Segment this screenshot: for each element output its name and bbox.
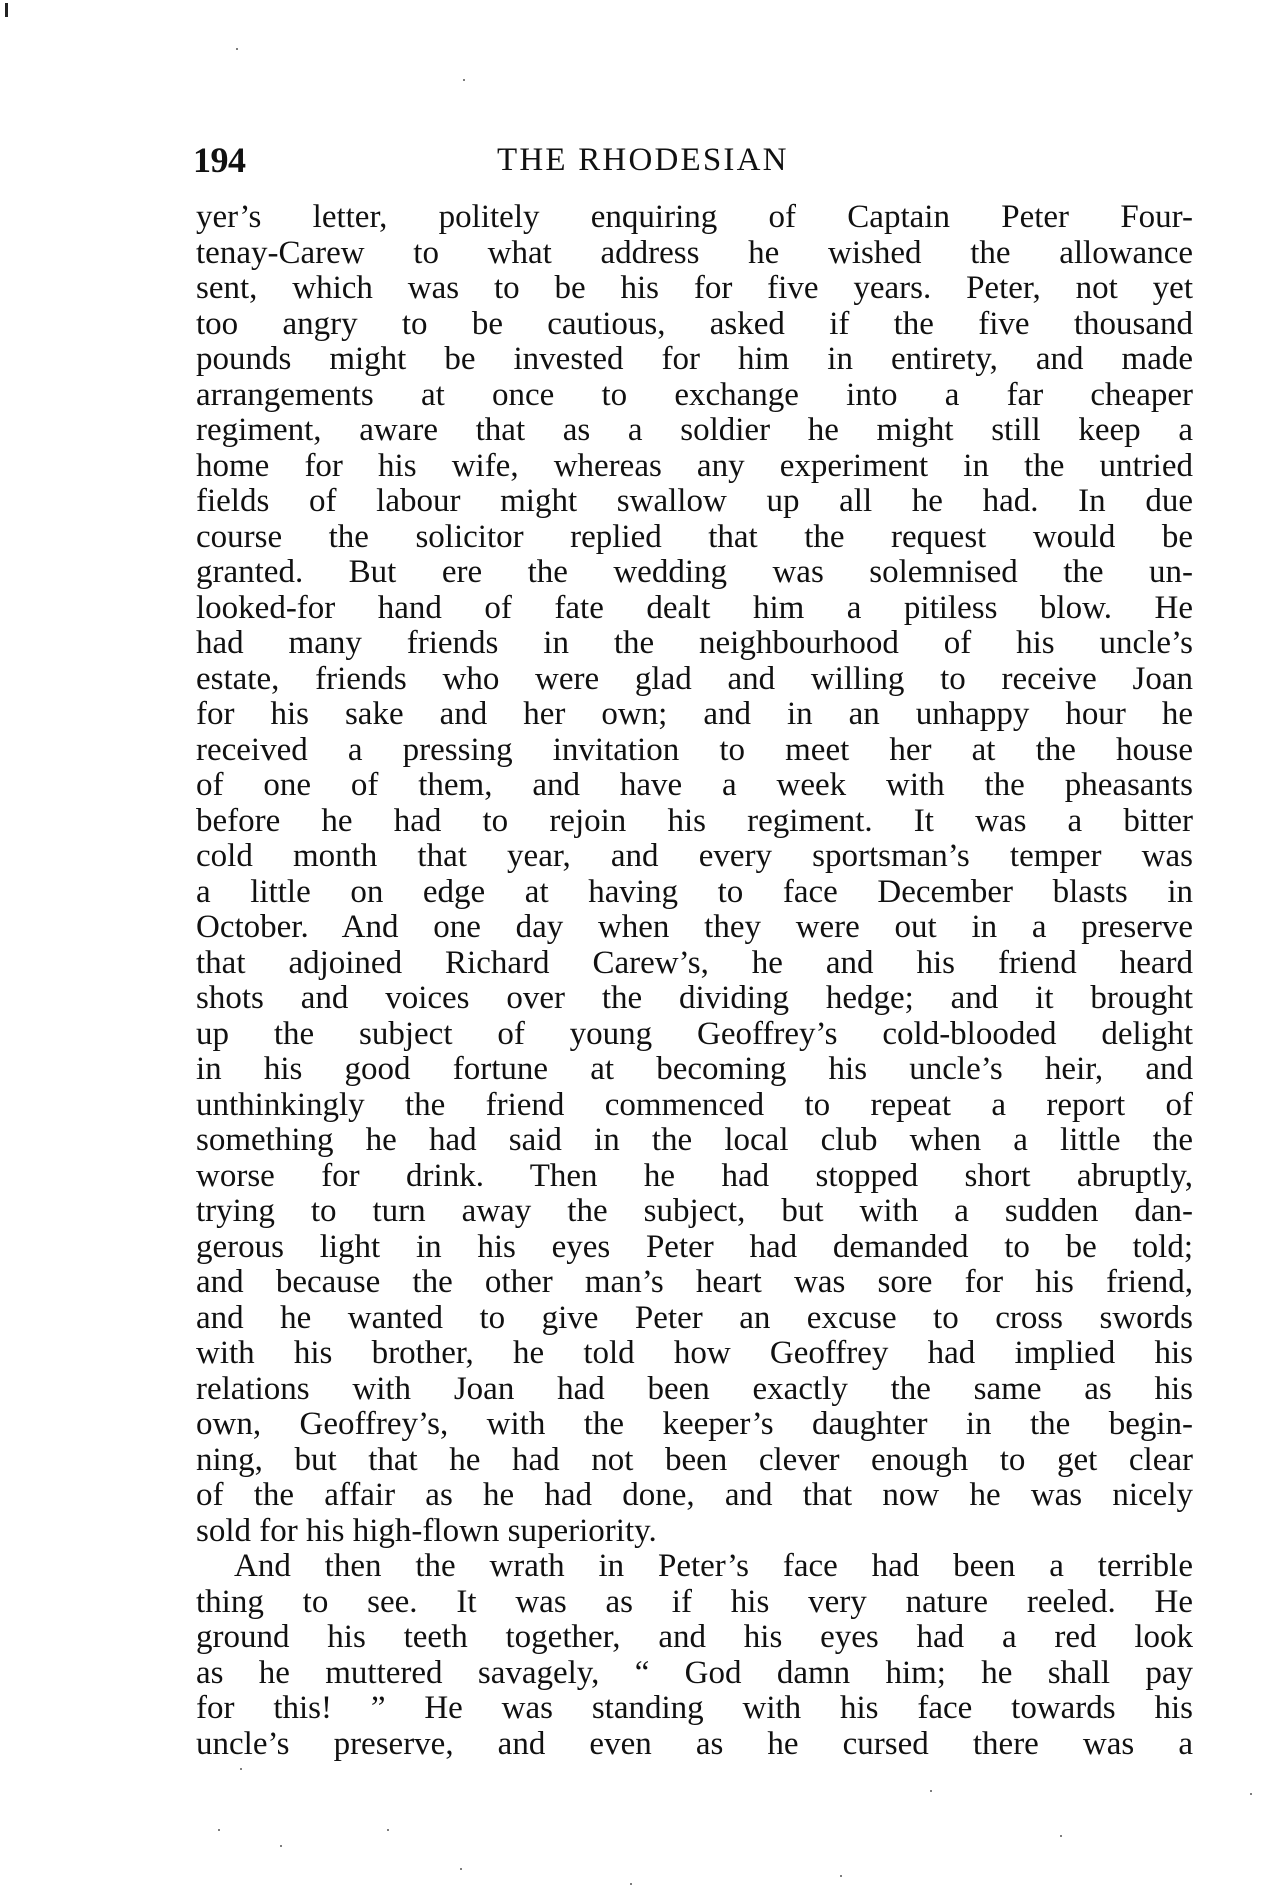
scan-speck: [1250, 1793, 1252, 1795]
text-line: up the subject of young Geoffrey’s cold-…: [196, 1017, 1193, 1053]
scanned-book-page: 194 THE RHODESIAN yer’s letter, politely…: [0, 0, 1275, 1897]
scan-speck: [460, 1868, 462, 1870]
text-line: fields of labour might swallow up all he…: [196, 484, 1193, 520]
scan-speck: [930, 1790, 932, 1792]
text-line: as he muttered savagely, “ God damn him;…: [196, 1656, 1193, 1692]
scan-speck: [463, 79, 465, 81]
paragraph-end-line: sold for his high-flown superiority.: [196, 1514, 1193, 1550]
scan-speck: [218, 1829, 220, 1831]
paragraph-start-line: And then the wrath in Peter’s face had b…: [196, 1549, 1193, 1585]
text-line: and because the other man’s heart was so…: [196, 1265, 1193, 1301]
text-line: yer’s letter, politely enquiring of Capt…: [196, 200, 1193, 236]
body-text: yer’s letter, politely enquiring of Capt…: [196, 200, 1193, 1762]
page-number: 194: [193, 138, 246, 182]
text-line: October. And one day when they were out …: [196, 910, 1193, 946]
text-line: sent, which was to be his for five years…: [196, 271, 1193, 307]
running-title: THE RHODESIAN: [497, 138, 789, 182]
scan-speck: [387, 1829, 389, 1831]
text-line: and he wanted to give Peter an excuse to…: [196, 1301, 1193, 1337]
text-line: tenay-Carew to what address he wished th…: [196, 236, 1193, 272]
text-line: for his sake and her own; and in an unha…: [196, 697, 1193, 733]
text-line: regiment, aware that as a soldier he mig…: [196, 413, 1193, 449]
text-line: before he had to rejoin his regiment. It…: [196, 804, 1193, 840]
text-line: relations with Joan had been exactly the…: [196, 1372, 1193, 1408]
text-line: received a pressing invitation to meet h…: [196, 733, 1193, 769]
text-line: with his brother, he told how Geoffrey h…: [196, 1336, 1193, 1372]
text-line: uncle’s preserve, and even as he cursed …: [196, 1727, 1193, 1763]
scan-speck: [1060, 1835, 1062, 1837]
text-line: estate, friends who were glad and willin…: [196, 662, 1193, 698]
text-line: of the affair as he had done, and that n…: [196, 1478, 1193, 1514]
scan-speck: [630, 1883, 632, 1885]
text-line: own, Geoffrey’s, with the keeper’s daugh…: [196, 1407, 1193, 1443]
text-line: ning, but that he had not been clever en…: [196, 1443, 1193, 1479]
scan-speck: [840, 1875, 842, 1877]
scan-speck: [236, 48, 238, 50]
text-line: in his good fortune at becoming his uncl…: [196, 1052, 1193, 1088]
text-line: gerous light in his eyes Peter had deman…: [196, 1230, 1193, 1266]
text-line: that adjoined Richard Carew’s, he and hi…: [196, 946, 1193, 982]
text-line: course the solicitor replied that the re…: [196, 520, 1193, 556]
text-line: for this! ” He was standing with his fac…: [196, 1691, 1193, 1727]
text-line: worse for drink. Then he had stopped sho…: [196, 1159, 1193, 1195]
text-line: ground his teeth together, and his eyes …: [196, 1620, 1193, 1656]
text-line: home for his wife, whereas any experimen…: [196, 449, 1193, 485]
text-line: something he had said in the local club …: [196, 1123, 1193, 1159]
text-line: of one of them, and have a week with the…: [196, 768, 1193, 804]
text-line: looked-for hand of fate dealt him a piti…: [196, 591, 1193, 627]
text-line: too angry to be cautious, asked if the f…: [196, 307, 1193, 343]
text-line: pounds might be invested for him in enti…: [196, 342, 1193, 378]
text-line: had many friends in the neighbourhood of…: [196, 626, 1193, 662]
running-header: 194 THE RHODESIAN: [193, 138, 1193, 182]
scan-speck: [240, 1768, 242, 1770]
text-line: shots and voices over the dividing hedge…: [196, 981, 1193, 1017]
text-line: unthinkingly the friend commenced to rep…: [196, 1088, 1193, 1124]
text-line: a little on edge at having to face Decem…: [196, 875, 1193, 911]
text-line: arrangements at once to exchange into a …: [196, 378, 1193, 414]
text-line: cold month that year, and every sportsma…: [196, 839, 1193, 875]
text-line: granted. But ere the wedding was solemni…: [196, 555, 1193, 591]
scan-speck: [280, 1845, 282, 1847]
text-line: thing to see. It was as if his very natu…: [196, 1585, 1193, 1621]
text-line: trying to turn away the subject, but wit…: [196, 1194, 1193, 1230]
scan-artifact-mark: [5, 3, 8, 17]
